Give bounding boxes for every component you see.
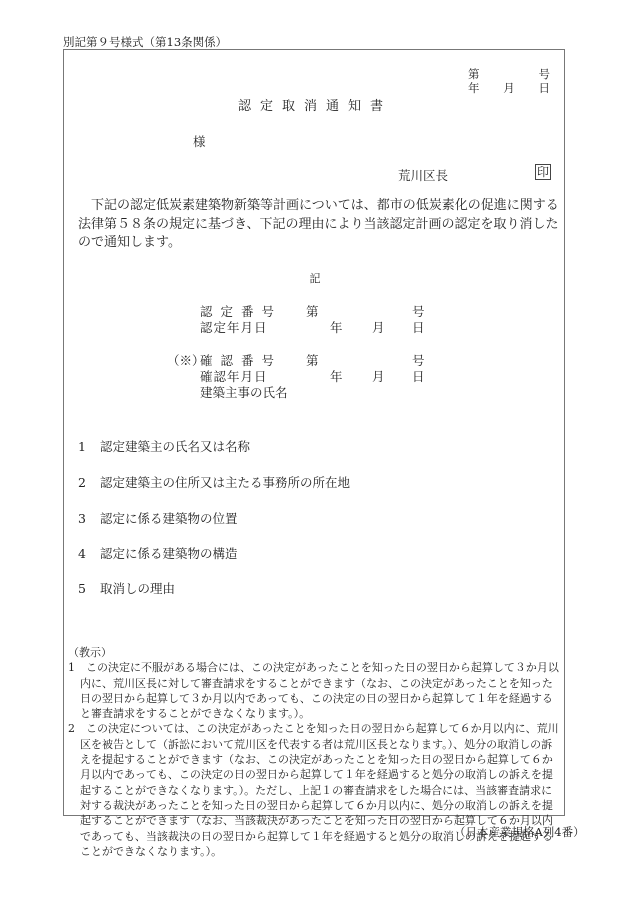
list-item: 2認定建築主の住所又は主たる事務所の所在地 bbox=[78, 473, 350, 491]
list-item: 1認定建築主の氏名又は名称 bbox=[78, 437, 250, 455]
item-label: 認定建築主の住所又は主たる事務所の所在地 bbox=[100, 475, 350, 490]
item-number: 3 bbox=[78, 511, 100, 526]
body-text: 下記の認定低炭素建築物新築等計画については、都市の低炭素化の促進に関する法律第５… bbox=[78, 197, 563, 253]
confirm-number-prefix: 第 bbox=[306, 351, 319, 369]
confirm-date-day: 日 bbox=[412, 367, 425, 385]
form-label: 別記第９号様式（第13条関係） bbox=[63, 34, 227, 50]
item-label: 認定に係る建築物の位置 bbox=[100, 511, 238, 526]
date-day: 日 bbox=[539, 80, 551, 96]
paper-size-note: （日本産業規格A列4番） bbox=[454, 824, 585, 840]
item-label: 認定建築主の氏名又は名称 bbox=[100, 439, 250, 454]
document-title: 認定取消通知書 bbox=[0, 95, 630, 114]
confirm-mark: （※） bbox=[167, 351, 205, 369]
item-label: 取消しの理由 bbox=[100, 581, 175, 596]
confirm-date-month: 月 bbox=[372, 367, 385, 385]
list-item: 3認定に係る建築物の位置 bbox=[78, 509, 238, 527]
notes-heading: （教示） bbox=[68, 645, 562, 660]
body-text-content: 下記の認定低炭素建築物新築等計画については、都市の低炭素化の促進に関する法律第５… bbox=[78, 198, 559, 250]
list-item: 4認定に係る建築物の構造 bbox=[78, 544, 238, 562]
item-number: 5 bbox=[78, 581, 100, 596]
date-year: 年 bbox=[468, 80, 480, 96]
seal-icon: 印 bbox=[535, 164, 551, 180]
item-number: 2 bbox=[78, 475, 100, 490]
cert-date-label: 認定年月日 bbox=[200, 318, 268, 336]
issuer: 荒川区長 bbox=[398, 166, 448, 184]
confirm-date-year: 年 bbox=[330, 367, 343, 385]
cert-date-month: 月 bbox=[372, 318, 385, 336]
cert-date-year: 年 bbox=[330, 318, 343, 336]
document-date-row: 年 月 日 bbox=[468, 80, 550, 96]
building-official-label: 建築主事の氏名 bbox=[200, 383, 288, 401]
ki-heading: 記 bbox=[0, 270, 630, 286]
cert-number-prefix: 第 bbox=[306, 302, 319, 320]
date-month: 月 bbox=[503, 80, 515, 96]
item-number: 4 bbox=[78, 546, 100, 561]
addressee-suffix: 様 bbox=[193, 132, 206, 150]
item-label: 認定に係る建築物の構造 bbox=[100, 546, 238, 561]
item-number: 1 bbox=[78, 439, 100, 454]
note-item: 1 この決定に不服がある場合には、この決定があったことを知った日の翌日から起算し… bbox=[68, 660, 562, 721]
list-item: 5取消しの理由 bbox=[78, 579, 175, 597]
cert-date-day: 日 bbox=[412, 318, 425, 336]
